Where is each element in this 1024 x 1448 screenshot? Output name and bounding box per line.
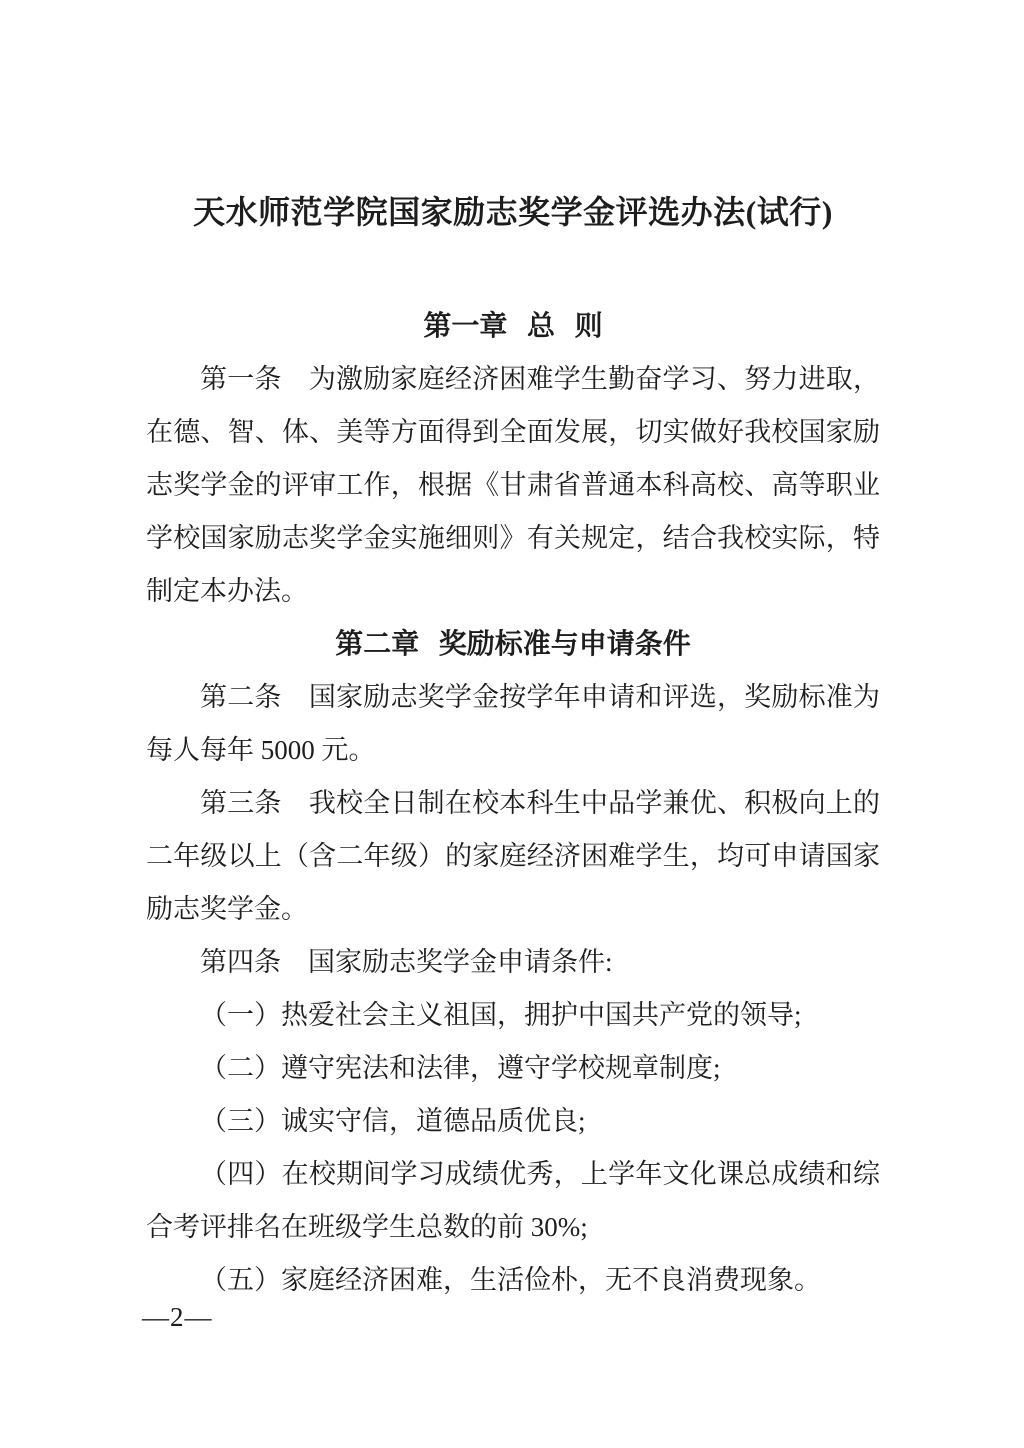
document-title: 天水师范学院国家励志奖学金评选办法(试行) [146,188,880,236]
chapter-2-heading: 第二章 奖励标准与申请条件 [146,618,880,671]
article-4-item-4: （四）在校期间学习成绩优秀，上学年文化课总成绩和综合考评排名在班级学生总数的前 … [146,1148,880,1254]
article-2-paragraph: 第二条 国家励志奖学金按学年申请和评选，奖励标准为每人每年 5000 元。 [146,671,880,777]
chapter-1-heading: 第一章 总 则 [146,300,880,353]
page-number: —2— [142,1300,213,1334]
article-4-item-2: （二）遵守宪法和法律，遵守学校规章制度; [146,1042,880,1095]
article-4-item-1: （一）热爱社会主义祖国，拥护中国共产党的领导; [146,989,880,1042]
document-page: 天水师范学院国家励志奖学金评选办法(试行) 第一章 总 则 第一条 为激励家庭经… [0,0,1024,1448]
article-4-item-5: （五）家庭经济困难，生活俭朴，无不良消费现象。 [146,1254,880,1307]
article-1-paragraph: 第一条 为激励家庭经济困难学生勤奋学习、努力进取，在德、智、体、美等方面得到全面… [146,353,880,618]
article-4-paragraph: 第四条 国家励志奖学金申请条件: [146,936,880,989]
article-3-paragraph: 第三条 我校全日制在校本科生中品学兼优、积极向上的二年级以上（含二年级）的家庭经… [146,777,880,936]
document-body: 第一章 总 则 第一条 为激励家庭经济困难学生勤奋学习、努力进取，在德、智、体、… [146,300,880,1307]
article-4-item-3: （三）诚实守信，道德品质优良; [146,1095,880,1148]
